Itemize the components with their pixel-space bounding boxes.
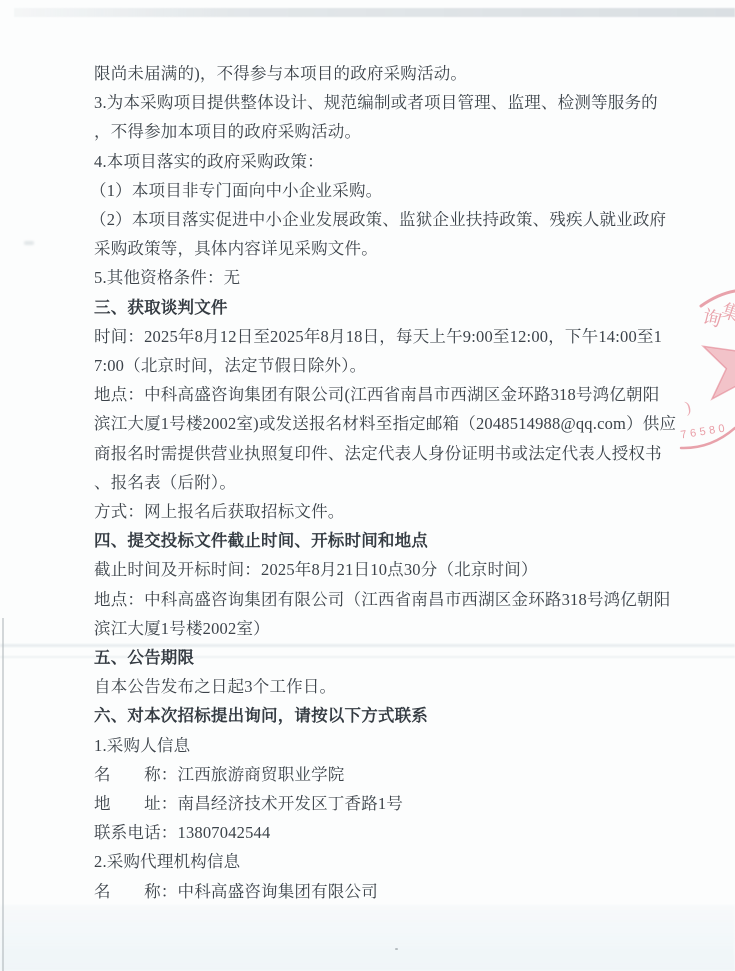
- text-line: 1.采购人信息: [94, 731, 687, 760]
- text-line: 商报名时需提供营业执照复印件、法定代表人身份证明书或法定代表人授权书: [94, 439, 687, 468]
- text-line: 地点：中科高盛咨询集团有限公司（江西省南昌市西湖区金环路318号鸿亿朝阳: [94, 585, 687, 614]
- text-line: 方式：网上报名后获取招标文件。: [94, 497, 687, 526]
- text-line: 地点：中科高盛咨询集团有限公司(江西省南昌市西湖区金环路318号鸿亿朝阳: [94, 380, 687, 409]
- text-line: 三、获取谈判文件: [94, 293, 687, 322]
- text-line: 滨江大厦1号楼2002室）: [94, 614, 687, 643]
- text-line: 四、提交投标文件截止时间、开标时间和地点: [94, 526, 687, 555]
- text-line: 5.其他资格条件：无: [94, 263, 687, 292]
- text-line: 限尚未届满的)，不得参与本项目的政府采购活动。: [94, 59, 687, 88]
- text-line: 名 称：江西旅游商贸职业学院: [94, 760, 687, 789]
- text-line: 2.采购代理机构信息: [94, 847, 687, 876]
- text-line: 自本公告发布之日起3个工作日。: [94, 672, 687, 701]
- scan-artifact-bleedthrough: [0, 905, 735, 971]
- text-line: 联系电话：13807042544: [94, 818, 687, 847]
- text-line: （1）本项目非专门面向中小企业采购。: [90, 176, 687, 205]
- scan-artifact-speck: [395, 948, 398, 950]
- text-line: 五、公告期限: [94, 643, 687, 672]
- text-line: 、报名表（后附）。: [94, 468, 687, 497]
- text-line: 名 称：中科高盛咨询集团有限公司: [94, 877, 687, 906]
- text-line: 采购政策等，具体内容详见采购文件。: [94, 234, 687, 263]
- text-line: 六、对本次招标提出询问，请按以下方式联系: [94, 701, 687, 730]
- text-line: （2）本项目落实促进中小企业发展政策、监狱企业扶持政策、残疾人就业政府: [90, 205, 687, 234]
- text-line: 3.为本采购项目提供整体设计、规范编制或者项目管理、监理、检测等服务的: [94, 88, 687, 117]
- scanned-document-page: 限尚未届满的)，不得参与本项目的政府采购活动。3.为本采购项目提供整体设计、规范…: [0, 0, 735, 971]
- text-line: 4.本项目落实的政府采购政策：: [94, 147, 687, 176]
- text-line: ，不得参加本项目的政府采购活动。: [94, 117, 687, 146]
- text-line: 时间：2025年8月12日至2025年8月18日，每天上午9:00至12:00，…: [94, 322, 687, 351]
- text-line: 滨江大厦1号楼2002室)或发送报名材料至指定邮箱（2048514988@qq.…: [94, 409, 687, 438]
- text-line: 地 址：南昌经济技术开发区丁香路1号: [94, 789, 687, 818]
- document-body: 限尚未届满的)，不得参与本项目的政府采购活动。3.为本采购项目提供整体设计、规范…: [0, 0, 735, 906]
- text-line: 7:00（北京时间，法定节假日除外）。: [94, 351, 687, 380]
- text-line: 截止时间及开标时间：2025年8月21日10点30分（北京时间）: [94, 555, 687, 584]
